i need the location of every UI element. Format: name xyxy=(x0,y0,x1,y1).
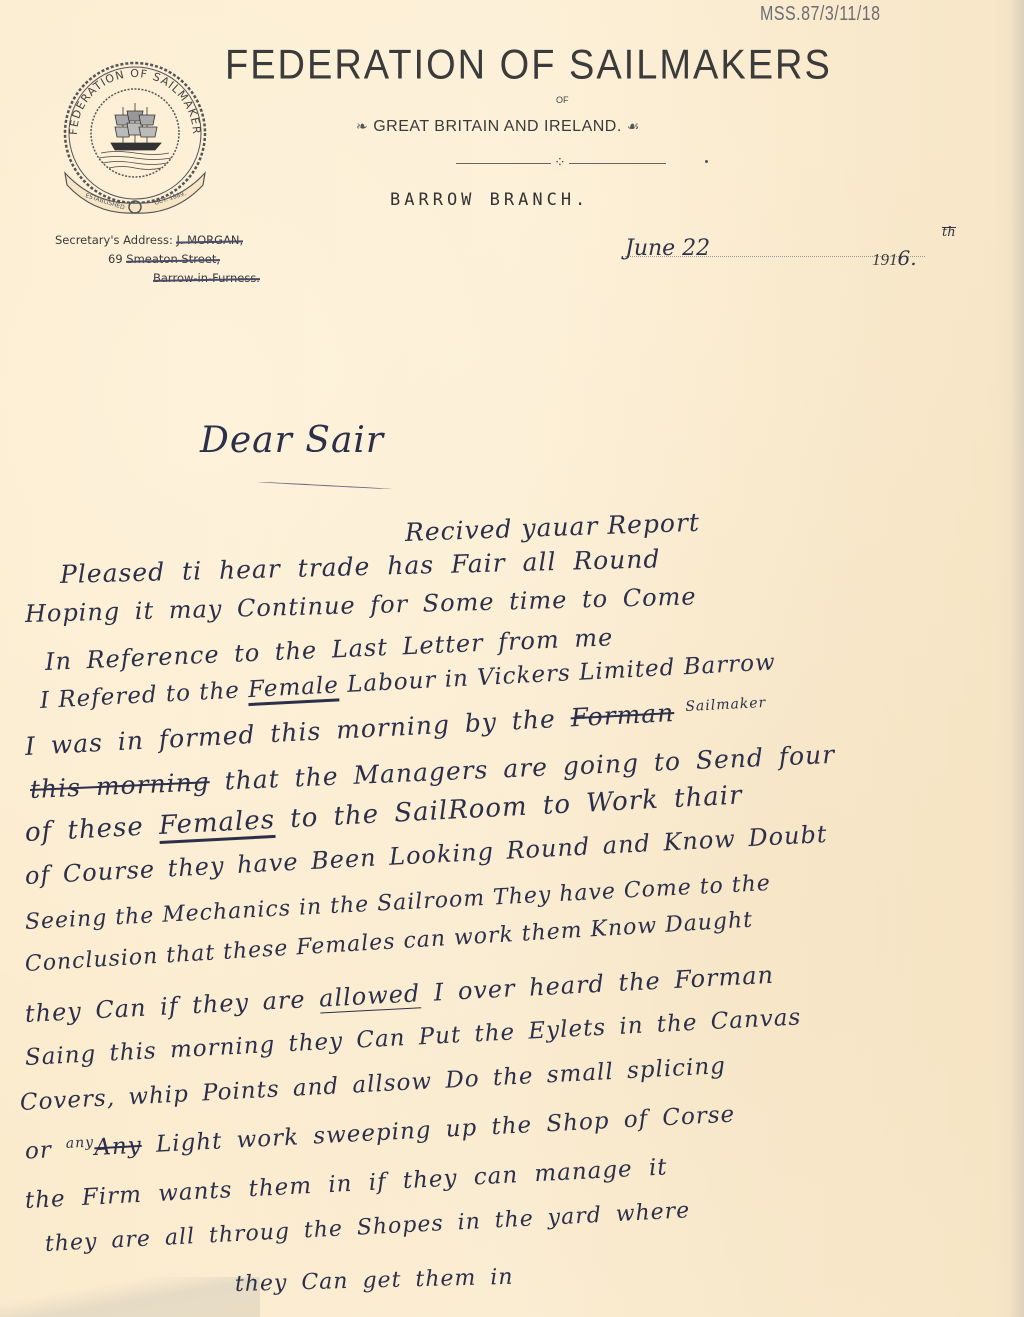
text-segment: or xyxy=(24,1137,66,1165)
inserted-any: any xyxy=(65,1134,94,1151)
town-name: Barrow-in-Furness. xyxy=(153,271,260,285)
street-name: Smeaton Street, xyxy=(126,252,220,266)
secretary-name: J. MORGAN, xyxy=(176,233,243,247)
flourish-right-icon: ☙ xyxy=(627,119,640,135)
letterhead-subtitle: ❧ GREAT BRITAIN AND IRELAND. ☙ xyxy=(356,118,640,136)
salutation: Dear Sair xyxy=(200,420,384,461)
branch-name: BARROW BRANCH. xyxy=(390,190,589,210)
struck-any: Any xyxy=(94,1133,143,1161)
year-digit: 6. xyxy=(898,246,917,270)
archive-reference: MSS.87/3/11/18 xyxy=(760,4,881,27)
struck-forman: Forman xyxy=(570,698,675,732)
underlined-females: Females xyxy=(158,805,276,844)
paper-edge xyxy=(1010,0,1024,1317)
secretary-label: Secretary's Address: xyxy=(55,233,173,247)
inserted-sailmaker: Sailmaker xyxy=(674,695,767,716)
letterhead-title: FEDERATION OF SAILMAKERS xyxy=(225,42,832,89)
date-year: 1916. xyxy=(872,246,917,270)
street-number: 69 xyxy=(108,252,123,266)
underlined-allowed: allowed xyxy=(318,979,421,1013)
year-prefix: 191 xyxy=(872,250,898,269)
paper-fold xyxy=(0,1277,260,1317)
letterhead-of: OF xyxy=(556,95,569,105)
divider-ornament-icon: ⁘ xyxy=(551,155,569,171)
date-suffix: th xyxy=(942,227,956,238)
date-handwritten: June 22 xyxy=(625,236,710,261)
subtitle-text: GREAT BRITAIN AND IRELAND. xyxy=(373,118,622,135)
secretary-address: Secretary's Address: J. MORGAN, 69 Smeat… xyxy=(55,231,260,288)
ink-dot xyxy=(705,160,708,163)
federation-seal-icon: FEDERATION OF SAILMAKERS OF GREAT BRITAI… xyxy=(55,55,215,215)
underlined-female: Female xyxy=(248,672,340,706)
flourish-left-icon: ❧ xyxy=(356,119,368,135)
